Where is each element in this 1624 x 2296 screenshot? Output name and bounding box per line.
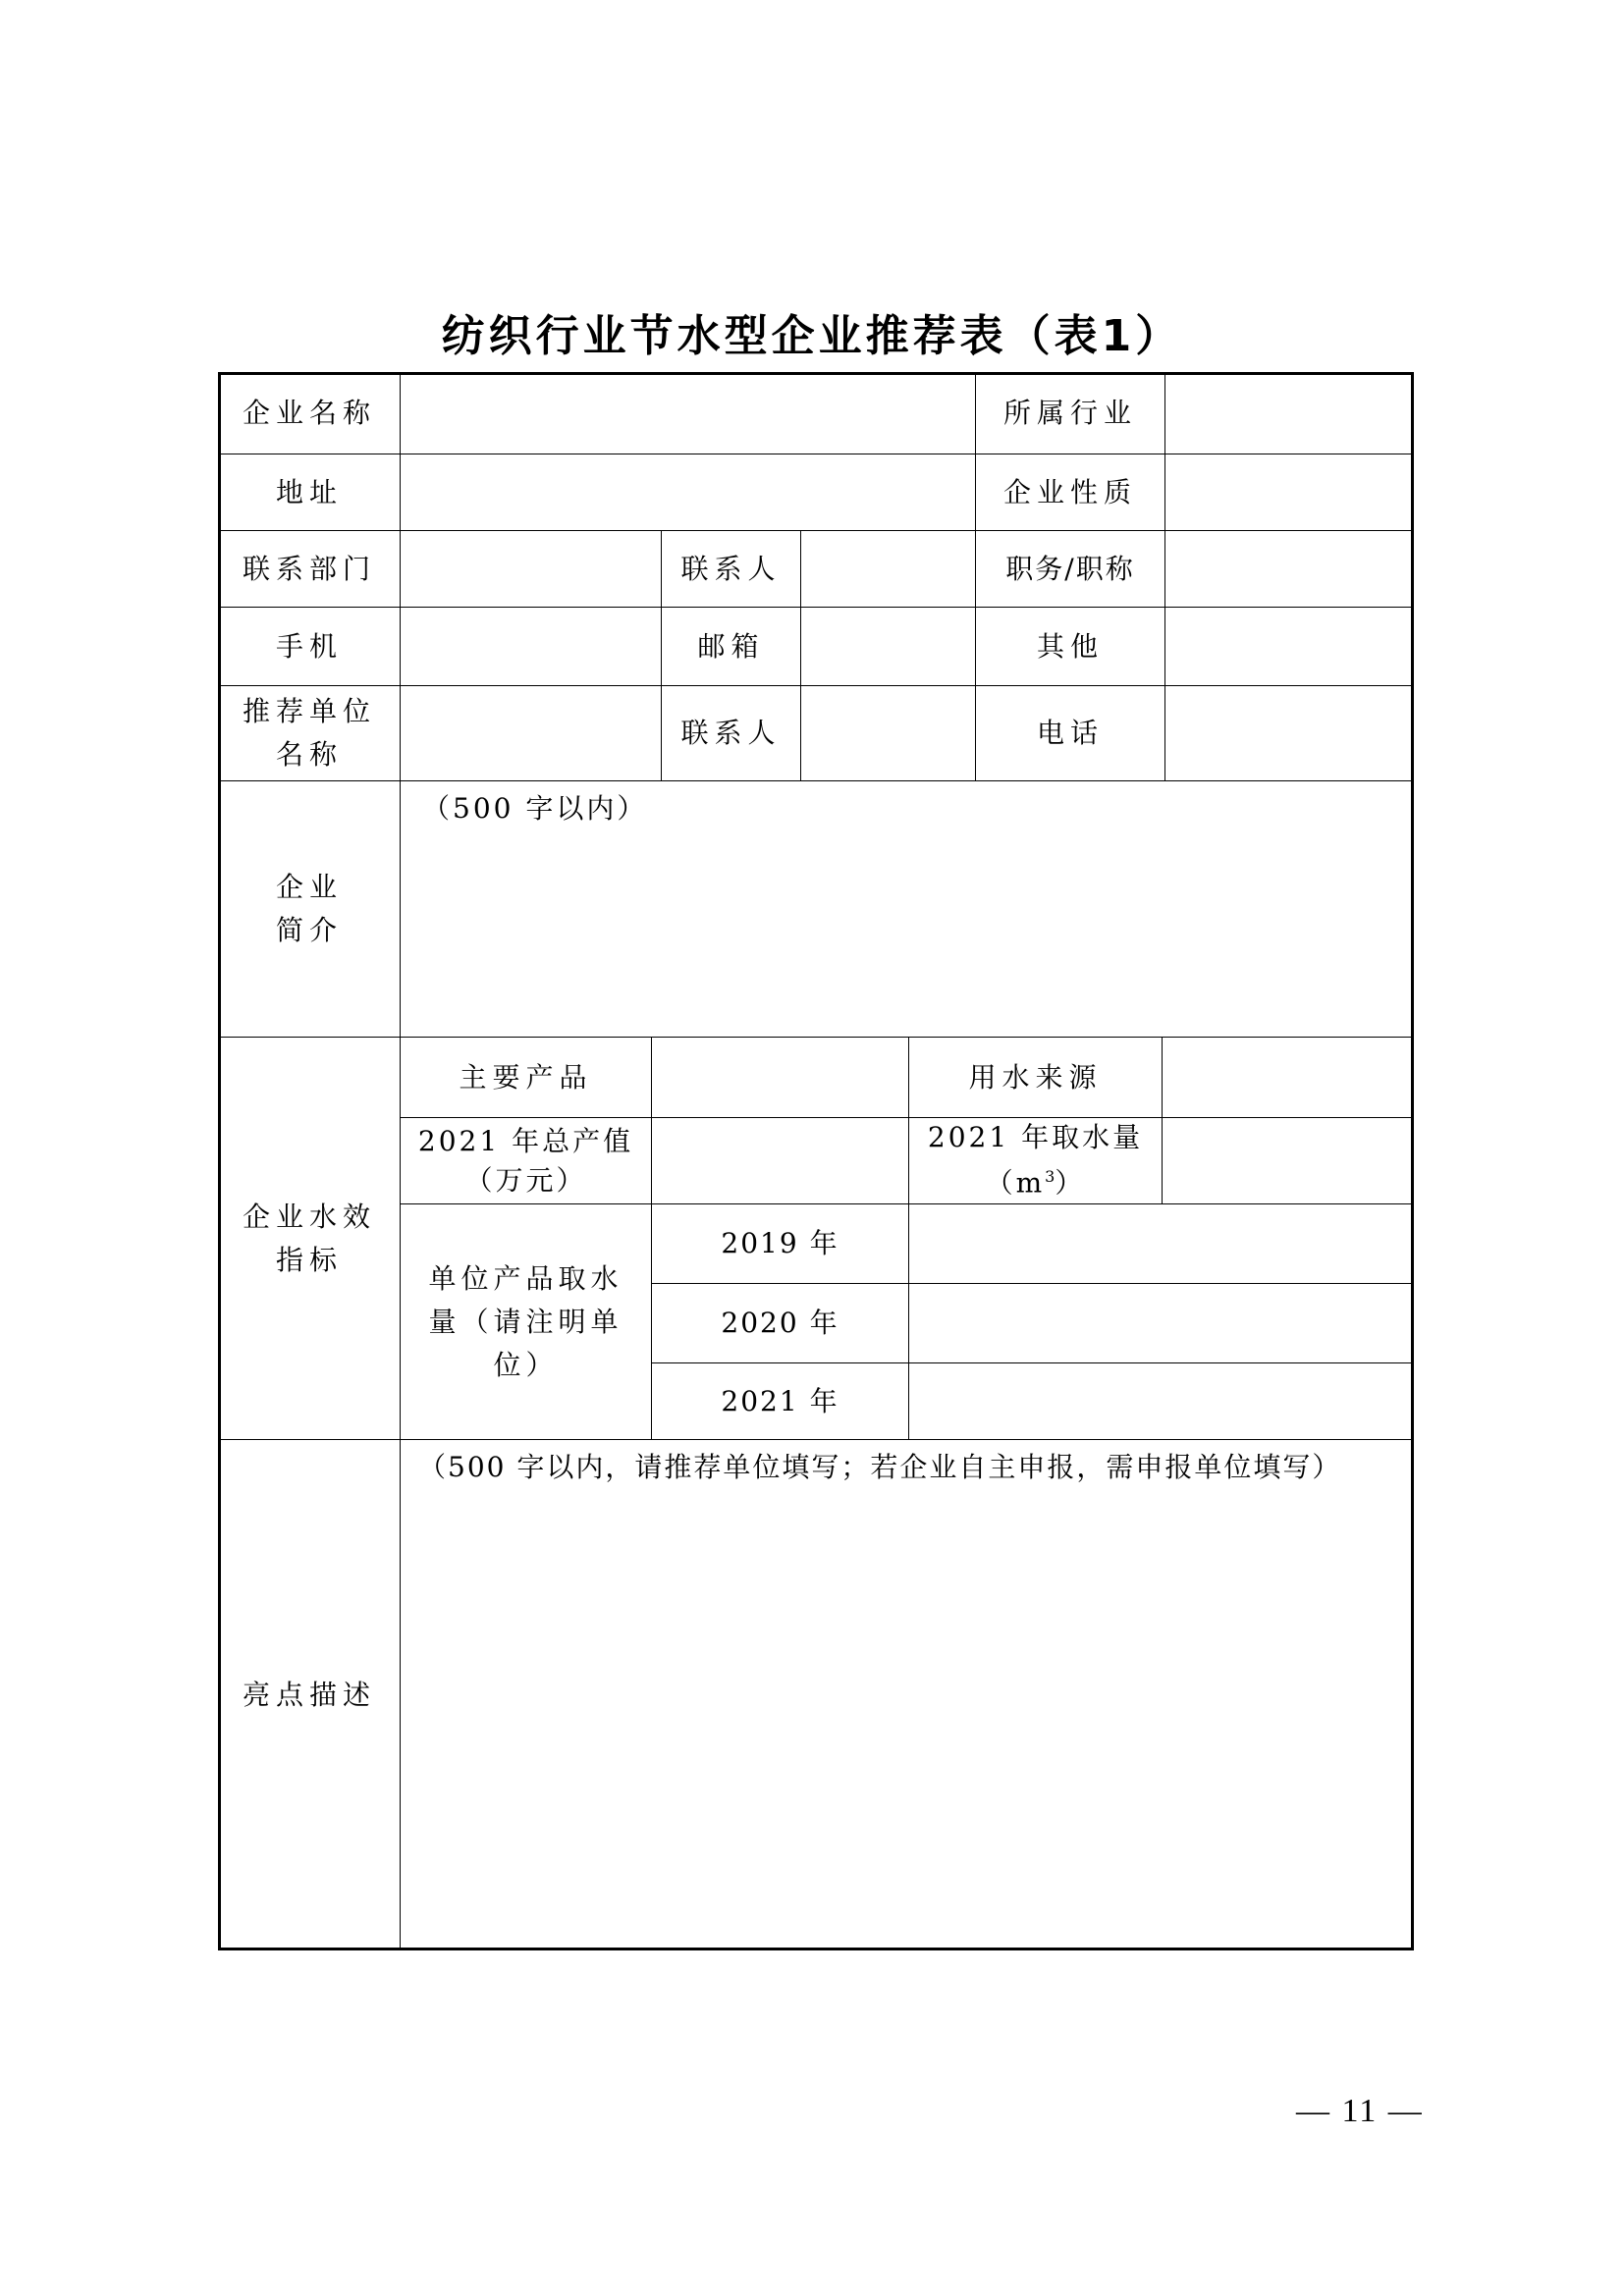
water-source-label: 用水来源 (908, 1037, 1163, 1118)
phone-field[interactable] (1164, 685, 1414, 781)
highlights-hint: （500 字以内，请推荐单位填写；若企业自主申报，需申报单位填写） (418, 1446, 1341, 1489)
recommender-label: 推荐单位 名称 (218, 685, 401, 781)
industry-label: 所属行业 (975, 372, 1165, 454)
recommender-contact-label: 联系人 (661, 685, 801, 781)
main-product-label: 主要产品 (400, 1037, 652, 1118)
year-2021-label: 2021 年 (651, 1362, 909, 1440)
year-2020-label: 2020 年 (651, 1283, 909, 1363)
water-intake-close: ） (1055, 1167, 1085, 1200)
year-2020-field[interactable] (908, 1283, 1414, 1363)
email-label: 邮箱 (661, 607, 801, 686)
water-efficiency-label: 企业水效 指标 (218, 1037, 401, 1440)
company-name-label: 企业名称 (218, 372, 401, 454)
recommender-field[interactable] (400, 685, 662, 781)
mobile-field[interactable] (400, 607, 662, 686)
year-2021-field[interactable] (908, 1362, 1414, 1440)
company-type-field[interactable] (1164, 454, 1414, 531)
highlights-field[interactable]: （500 字以内，请推荐单位填写；若企业自主申报，需申报单位填写） (400, 1439, 1414, 1950)
page-title: 纺织行业节水型企业推荐表（表1） (0, 300, 1624, 363)
contact-person-field[interactable] (800, 530, 976, 608)
position-label: 职务/职称 (975, 530, 1165, 608)
water-intake-label-text: 2021 年取水量 （m (928, 1121, 1143, 1199)
email-field[interactable] (800, 607, 976, 686)
recommender-contact-field[interactable] (800, 685, 976, 781)
output-value-field[interactable] (651, 1117, 909, 1204)
other-field[interactable] (1164, 607, 1414, 686)
water-intake-sup: 3 (1045, 1167, 1055, 1186)
company-type-label: 企业性质 (975, 454, 1165, 531)
other-label: 其他 (975, 607, 1165, 686)
water-intake-label: 2021 年取水量 （m3） (908, 1117, 1163, 1204)
profile-field[interactable]: （500 字以内） (400, 780, 1414, 1038)
position-field[interactable] (1164, 530, 1414, 608)
address-field[interactable] (400, 454, 976, 531)
year-2019-label: 2019 年 (651, 1203, 909, 1284)
industry-field[interactable] (1164, 372, 1414, 454)
water-source-field[interactable] (1162, 1037, 1414, 1118)
contact-dept-field[interactable] (400, 530, 662, 608)
phone-label: 电话 (975, 685, 1165, 781)
year-2019-field[interactable] (908, 1203, 1414, 1284)
page-number: — 11 — (1296, 2093, 1424, 2130)
highlights-label: 亮点描述 (218, 1439, 401, 1950)
unit-intake-label: 单位产品取水 量（请注明单 位） (400, 1203, 652, 1440)
mobile-label: 手机 (218, 607, 401, 686)
contact-person-label: 联系人 (661, 530, 801, 608)
water-intake-field[interactable] (1162, 1117, 1414, 1204)
profile-label: 企业 简介 (218, 780, 401, 1038)
profile-hint: （500 字以内） (422, 787, 647, 830)
main-product-field[interactable] (651, 1037, 909, 1118)
output-value-label: 2021 年总产值 （万元） (400, 1117, 652, 1204)
company-name-field[interactable] (400, 372, 976, 454)
address-label: 地址 (218, 454, 401, 531)
contact-dept-label: 联系部门 (218, 530, 401, 608)
